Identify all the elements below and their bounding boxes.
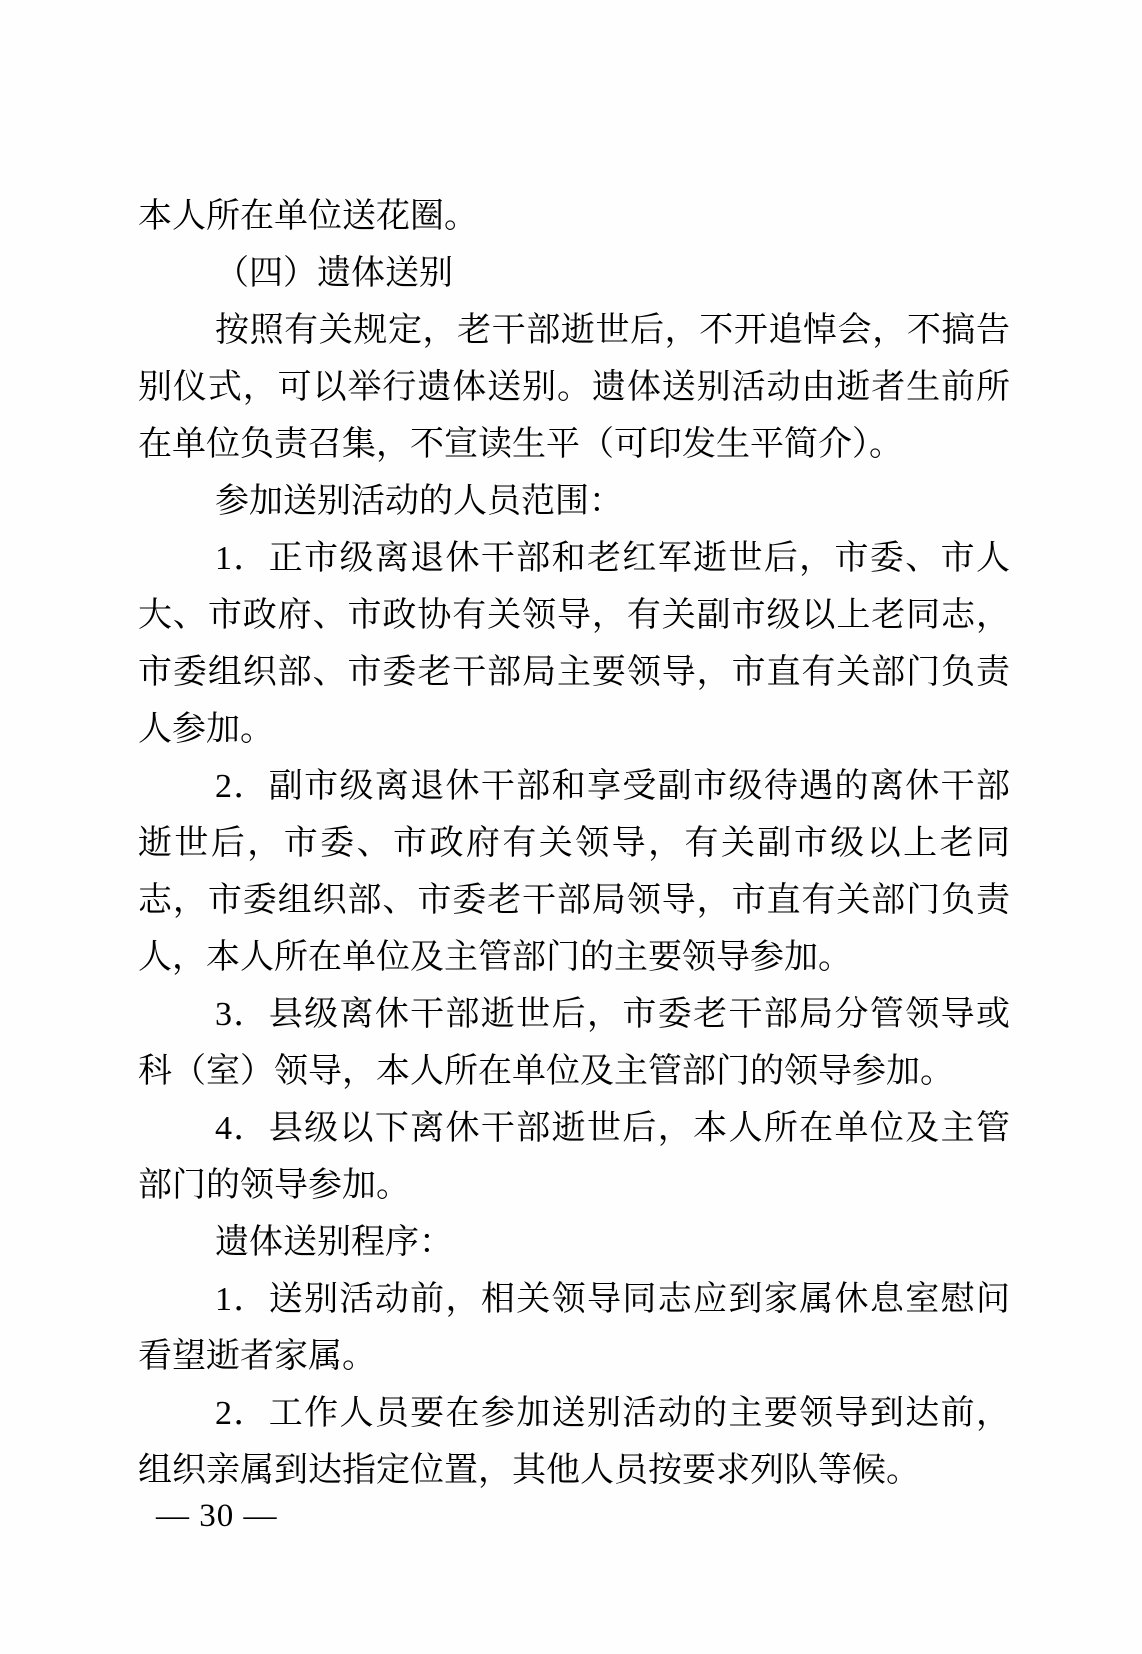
body-line: 大、市政府、市政协有关领导，有关副市级以上老同志，	[138, 587, 1010, 644]
list-item-line: 2．副市级离退休干部和享受副市级待遇的离休干部	[138, 758, 1010, 815]
body-line: 科（室）领导，本人所在单位及主管部门的领导参加。	[138, 1043, 1010, 1100]
subsection-heading: （四）遗体送别	[138, 245, 1010, 302]
body-line: 逝世后，市委、市政府有关领导，有关副市级以上老同	[138, 815, 1010, 872]
list-item-line: 1．送别活动前，相关领导同志应到家属休息室慰问	[138, 1271, 1010, 1328]
body-line: 志，市委组织部、市委老干部局领导，市直有关部门负责	[138, 872, 1010, 929]
list-item-line: 4．县级以下离休干部逝世后，本人所在单位及主管	[138, 1100, 1010, 1157]
body-text: 本人所在单位送花圈。 （四）遗体送别 按照有关规定，老干部逝世后，不开追悼会，不…	[138, 188, 1010, 1499]
body-line: 看望逝者家属。	[138, 1328, 1010, 1385]
list-item-line: 2．工作人员要在参加送别活动的主要领导到达前，	[138, 1385, 1010, 1442]
body-line: 部门的领导参加。	[138, 1157, 1010, 1214]
body-line: 本人所在单位送花圈。	[138, 188, 1010, 245]
body-line: 按照有关规定，老干部逝世后，不开追悼会，不搞告	[138, 302, 1010, 359]
body-line: 人参加。	[138, 701, 1010, 758]
page-number: — 30 —	[156, 1496, 278, 1536]
body-line: 组织亲属到达指定位置，其他人员按要求列队等候。	[138, 1442, 1010, 1499]
body-line: 市委组织部、市委老干部局主要领导，市直有关部门负责	[138, 644, 1010, 701]
list-item-line: 3．县级离休干部逝世后，市委老干部局分管领导或	[138, 986, 1010, 1043]
list-item-line: 1．正市级离退休干部和老红军逝世后，市委、市人	[138, 530, 1010, 587]
document-page: 本人所在单位送花圈。 （四）遗体送别 按照有关规定，老干部逝世后，不开追悼会，不…	[0, 0, 1142, 1654]
body-line: 人，本人所在单位及主管部门的主要领导参加。	[138, 929, 1010, 986]
body-line: 在单位负责召集，不宣读生平（可印发生平简介）。	[138, 416, 1010, 473]
list-intro-line: 参加送别活动的人员范围：	[138, 473, 1010, 530]
list-intro-line: 遗体送别程序：	[138, 1214, 1010, 1271]
body-line: 别仪式，可以举行遗体送别。遗体送别活动由逝者生前所	[138, 359, 1010, 416]
